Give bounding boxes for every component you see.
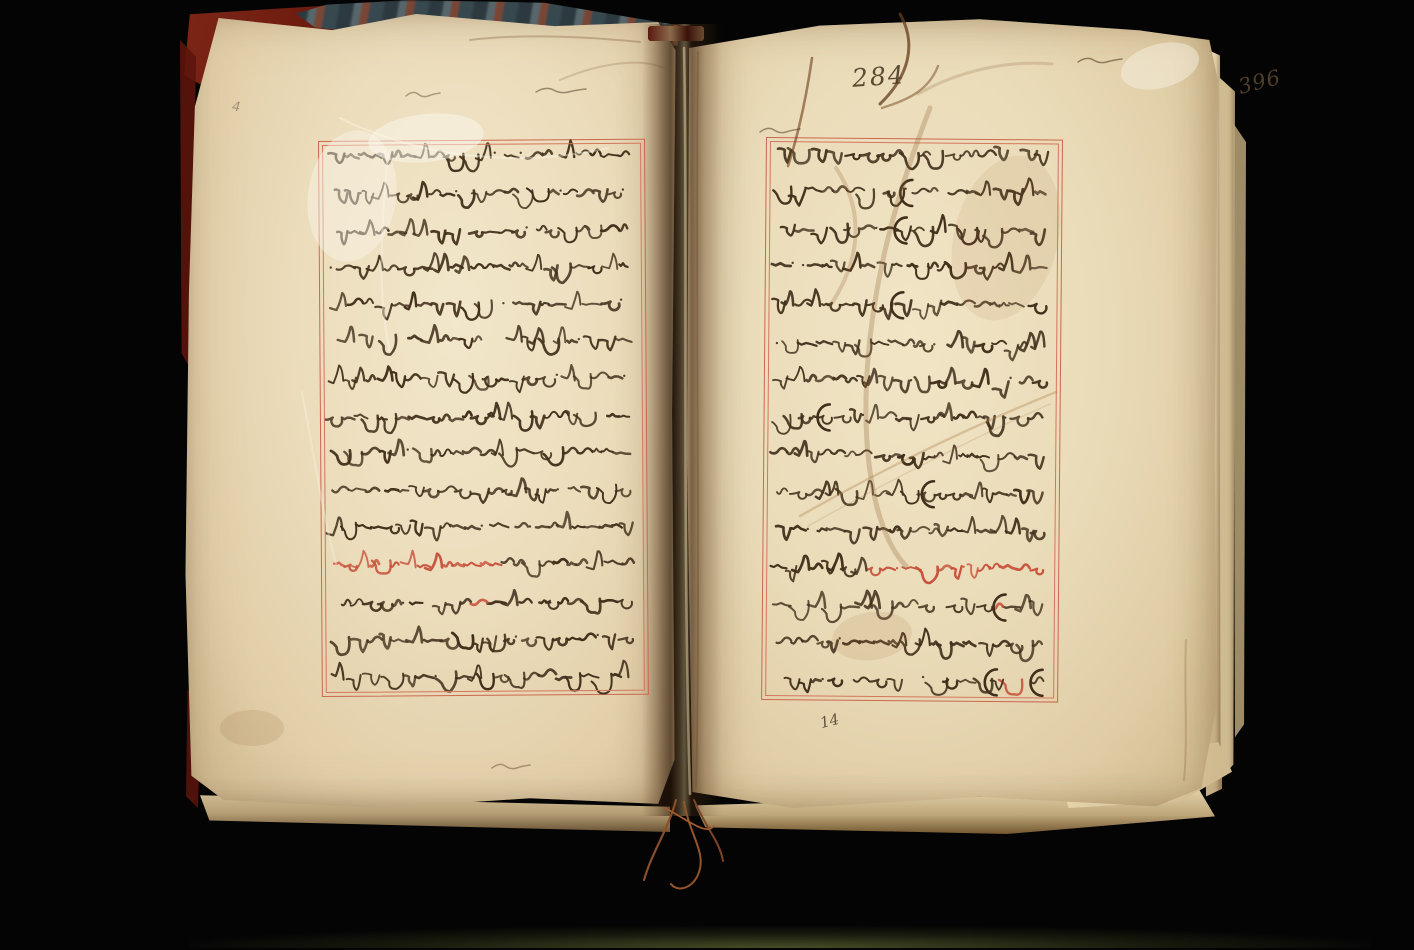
handwriting-stroke — [865, 591, 880, 608]
crescent-glyph — [985, 669, 997, 695]
handwriting-stroke — [465, 526, 480, 529]
handwriting-stroke — [476, 674, 493, 690]
handwriting-stroke — [807, 451, 818, 462]
handwriting-stroke — [987, 417, 1004, 436]
handwriting-stroke — [1008, 189, 1023, 204]
handwriting-stroke — [970, 151, 979, 157]
handwriting-stroke — [584, 336, 599, 349]
handwriting-stroke — [499, 448, 517, 467]
handwriting-stroke — [857, 376, 870, 387]
handwriting-stroke — [609, 376, 623, 378]
handwriting-stroke — [537, 226, 547, 231]
handwriting-stroke — [415, 675, 433, 678]
handwriting-stroke — [928, 301, 941, 316]
handwriting-stroke — [999, 679, 1022, 694]
handwriting-stroke — [360, 220, 375, 235]
handwriting-stroke — [504, 639, 514, 644]
handwriting-stroke — [362, 448, 380, 454]
handwriting-stroke — [875, 491, 890, 496]
handwriting-stroke — [877, 154, 890, 161]
handwriting-stroke — [853, 300, 866, 315]
handwriting-stroke — [1033, 381, 1047, 388]
handwriting-stroke — [572, 526, 584, 528]
handwriting-stroke — [443, 155, 454, 161]
handwriting-stroke — [372, 560, 391, 573]
handwriting-stroke — [1021, 150, 1037, 160]
handwriting-stroke — [366, 256, 382, 271]
handwriting-stroke — [831, 261, 845, 272]
handwriting-stroke — [526, 152, 543, 158]
handwriting-stroke — [506, 326, 521, 342]
handwriting-stroke — [392, 151, 401, 157]
handwriting-stroke — [557, 512, 570, 528]
handwriting-stroke — [938, 264, 949, 271]
handwriting-stroke — [459, 339, 472, 349]
handwriting-stroke — [400, 551, 415, 568]
handwriting-stroke — [502, 490, 511, 495]
handwriting-stroke — [546, 489, 556, 492]
handwriting-stroke — [993, 641, 1010, 646]
handwriting-stroke — [902, 567, 921, 570]
handwriting-stroke — [371, 527, 387, 529]
handwriting-stroke — [329, 365, 344, 383]
handwriting-stroke — [352, 639, 368, 652]
handwriting-stroke — [856, 450, 872, 455]
handwriting-stroke — [499, 403, 512, 420]
handwriting-stroke — [1033, 641, 1042, 646]
handwriting-stroke — [527, 188, 549, 201]
handwriting-stroke — [859, 225, 874, 229]
handwriting-stroke — [505, 673, 525, 688]
handwriting-stroke — [619, 638, 633, 643]
handwriting-stroke — [946, 154, 961, 160]
handwriting-stroke — [911, 527, 930, 532]
handwriting-stroke — [977, 605, 993, 612]
handwriting-stroke — [1017, 564, 1029, 569]
handwriting-stroke — [383, 674, 403, 689]
handwriting-stroke — [494, 675, 509, 682]
handwriting-stroke — [579, 634, 595, 640]
handwriting-stroke — [406, 627, 422, 643]
handwriting-stroke — [413, 448, 432, 462]
handwriting-stroke — [331, 637, 350, 655]
handwriting-stroke — [601, 449, 612, 452]
handwriting-stroke — [486, 190, 505, 195]
handwriting-stroke — [440, 639, 458, 649]
handwriting-stroke — [561, 365, 574, 380]
handwriting-stroke — [463, 412, 472, 417]
handwriting-stroke — [390, 193, 408, 202]
handwriting-stroke — [409, 416, 425, 419]
crescent-glyph — [1030, 670, 1042, 696]
handwriting-stroke — [380, 634, 391, 649]
handwriting-stroke — [342, 417, 355, 419]
ink-dot — [875, 227, 877, 229]
handwriting-stroke — [787, 448, 799, 454]
handwriting-stroke — [844, 529, 859, 543]
handwriting-stroke — [432, 231, 446, 244]
handwriting-stroke — [992, 341, 1006, 345]
handwriting-stroke — [401, 154, 416, 156]
handwriting-stroke — [378, 418, 387, 419]
handwriting-stroke — [1031, 332, 1044, 349]
ink-dot — [481, 524, 483, 526]
ink-dot — [380, 676, 382, 678]
handwriting-stroke — [539, 600, 550, 603]
handwriting-stroke — [602, 254, 617, 270]
handwriting-stroke — [409, 486, 424, 496]
handwriting-stroke — [991, 679, 1004, 689]
handwriting-stroke — [879, 376, 893, 390]
handwriting-stroke — [446, 154, 464, 171]
ink-dot — [578, 338, 580, 340]
handwriting-stroke — [515, 523, 528, 527]
handwriting-stroke — [828, 554, 843, 571]
handwriting-stroke — [983, 488, 993, 502]
handwriting-stroke — [536, 637, 553, 650]
crescent-glyph — [817, 404, 829, 430]
handwriting-stroke — [770, 565, 786, 568]
handwriting-stroke — [481, 450, 496, 455]
handwriting-stroke — [472, 336, 481, 341]
handwriting-stroke — [993, 492, 1007, 494]
handwriting-stroke — [888, 188, 905, 206]
handwriting-stroke — [425, 554, 442, 570]
handwriting-stroke — [826, 482, 839, 496]
handwriting-stroke — [390, 562, 398, 566]
handwriting-stroke — [1016, 641, 1033, 661]
handwriting-stroke — [440, 335, 448, 340]
ink-dot — [622, 188, 624, 190]
handwriting-stroke — [967, 564, 978, 578]
ink-dot — [791, 262, 793, 264]
handwriting-stroke — [977, 530, 995, 533]
ink-dot — [407, 448, 409, 450]
handwriting-stroke — [1015, 595, 1030, 611]
handwriting-stroke — [908, 264, 917, 266]
handwriting-stroke — [792, 556, 809, 572]
ink-dot — [962, 565, 964, 567]
handwriting-stroke — [574, 413, 596, 426]
handwriting-stroke — [833, 186, 847, 192]
ink-dot — [434, 675, 436, 677]
handwriting-stroke — [913, 304, 929, 319]
handwriting-stroke — [945, 262, 966, 278]
handwriting-stroke — [408, 336, 421, 341]
handwriting-stroke — [405, 374, 421, 380]
handwriting-stroke — [817, 642, 828, 648]
handwriting-stroke — [954, 415, 964, 419]
ink-dot — [597, 634, 599, 636]
handwriting-stroke — [957, 228, 977, 245]
handwriting-stroke — [1015, 456, 1027, 459]
handwriting-stroke — [772, 299, 785, 313]
handwriting-stroke — [822, 561, 835, 574]
handwriting-stroke — [894, 380, 909, 392]
handwriting-stroke — [1031, 569, 1044, 575]
handwriting-stroke — [978, 565, 990, 571]
handwriting-stroke — [612, 524, 622, 527]
handwriting-stroke — [806, 375, 816, 381]
handwriting-stroke — [887, 679, 902, 691]
handwriting-stroke — [919, 605, 934, 612]
handwriting-stroke — [974, 679, 993, 693]
handwriting-stroke — [332, 663, 344, 680]
handwriting-stroke — [378, 602, 393, 611]
handwriting-stroke — [396, 417, 409, 419]
handwriting-stroke — [1007, 494, 1016, 496]
handwriting-stroke — [799, 679, 811, 692]
ink-dot — [529, 525, 531, 527]
handwriting-stroke — [601, 154, 618, 157]
fore-edge-page-stack — [1233, 110, 1246, 750]
handwriting-stroke — [622, 559, 633, 565]
handwriting-stroke — [822, 604, 841, 622]
handwriting-stroke — [860, 153, 878, 162]
handwriting-stroke — [1028, 413, 1042, 419]
handwriting-stroke — [439, 415, 449, 421]
handwriting-stroke — [795, 229, 814, 232]
handwriting-stroke — [433, 603, 446, 615]
handwriting-stroke — [964, 641, 976, 646]
ink-dot — [896, 567, 898, 569]
ink-dot — [802, 264, 804, 266]
handwriting-stroke — [1019, 229, 1033, 232]
handwriting-stroke — [514, 411, 533, 430]
handwriting-stroke — [385, 489, 398, 491]
handwriting-stroke — [845, 451, 856, 456]
handwriting-stroke — [407, 194, 418, 200]
handwriting-stroke — [546, 601, 559, 609]
handwriting-stroke — [846, 340, 860, 354]
handwriting-stroke — [967, 266, 984, 274]
handwriting-stroke — [344, 378, 356, 390]
handwriting-stroke — [371, 183, 388, 199]
handwriting-stroke — [1029, 601, 1042, 615]
handwriting-stroke — [1029, 455, 1044, 469]
handwriting-stroke — [770, 448, 787, 453]
handwriting-stroke — [482, 232, 499, 233]
handwriting-stroke — [576, 559, 587, 564]
handwriting-stroke — [363, 299, 373, 304]
handwriting-stroke — [620, 522, 633, 535]
handwriting-stroke — [790, 492, 807, 499]
handwriting-stroke — [577, 448, 592, 453]
handwriting-stroke — [473, 639, 483, 652]
handwriting-stroke — [427, 417, 440, 422]
handwriting-stroke — [812, 149, 827, 162]
handwriting-stroke — [851, 558, 866, 574]
handwriting-stroke — [827, 303, 840, 311]
handwriting-stroke — [450, 525, 465, 529]
handwriting-stroke — [398, 490, 408, 492]
handwriting-stroke — [807, 289, 820, 305]
handwriting-stroke — [993, 263, 1004, 268]
handwriting-stroke — [494, 265, 510, 270]
handwriting-stroke — [424, 640, 442, 642]
handwriting-stroke — [603, 634, 615, 649]
crescent-glyph — [891, 292, 903, 318]
ink-dot — [520, 152, 522, 154]
handwriting-stroke — [601, 302, 619, 311]
handwriting-stroke — [588, 266, 601, 273]
handwriting-stroke — [844, 228, 859, 237]
handwriting-stroke — [576, 226, 589, 231]
handwriting-stroke — [864, 369, 877, 385]
ink-dot — [838, 637, 840, 639]
handwriting-stroke — [896, 418, 910, 421]
handwriting-stroke — [411, 521, 423, 536]
handwriting-stroke — [607, 414, 618, 417]
handwriting-stroke — [534, 451, 551, 459]
handwriting-stroke — [928, 263, 938, 268]
handwriting-stroke — [1031, 531, 1045, 539]
handwriting-stroke — [786, 566, 797, 581]
handwriting-stroke — [888, 340, 903, 344]
handwriting-stroke — [418, 303, 431, 306]
handwriting-stroke — [773, 186, 791, 203]
handwriting-stroke — [569, 487, 581, 492]
handwriting-stroke — [795, 300, 812, 306]
handwriting-stroke — [451, 451, 463, 454]
handwriting-stroke — [608, 192, 621, 198]
handwriting-stroke — [544, 412, 558, 418]
handwriting-stroke — [880, 227, 898, 229]
handwriting-stroke — [366, 488, 379, 492]
handwriting-stroke — [772, 415, 791, 434]
ink-dot — [455, 190, 457, 192]
handwriting-stroke — [990, 564, 1000, 569]
handwriting-stroke — [490, 523, 508, 527]
handwriting-stroke — [845, 154, 859, 159]
handwriting-stroke — [370, 560, 379, 566]
handwriting-stroke — [831, 450, 845, 454]
handwriting-stroke — [471, 489, 489, 503]
handwriting-stroke — [518, 263, 528, 267]
handwriting-stroke — [964, 412, 976, 418]
handwriting-stroke — [512, 230, 525, 237]
handwriting-stroke — [325, 417, 342, 426]
handwriting-stroke — [898, 455, 913, 464]
handwriting-stroke — [536, 377, 555, 387]
handwriting-stroke — [1018, 342, 1027, 348]
handwriting-stroke — [898, 528, 911, 539]
handwriting-stroke — [615, 338, 631, 342]
handwriting-stroke — [866, 567, 880, 575]
handwriting-stroke — [568, 599, 583, 604]
handwriting-stroke — [535, 489, 546, 503]
handwriting-stroke — [1003, 607, 1021, 608]
ink-dot — [807, 528, 809, 530]
handwriting-stroke — [799, 416, 810, 423]
handwriting-stroke — [422, 376, 438, 387]
handwriting-stroke — [884, 192, 895, 197]
handwriting-stroke — [940, 403, 952, 420]
handwriting-stroke — [525, 488, 538, 500]
handwriting-stroke — [522, 337, 535, 351]
handwriting-stroke — [363, 673, 380, 684]
handwriting-stroke — [564, 189, 577, 194]
handwriting-stroke — [903, 340, 914, 346]
handwriting-stroke — [441, 523, 451, 528]
handwriting-stroke — [959, 454, 967, 457]
handwriting-stroke — [436, 672, 457, 692]
handwriting-stroke — [440, 449, 451, 456]
ink-dot — [1004, 416, 1006, 418]
handwriting-stroke — [458, 191, 474, 208]
handwriting-stroke — [450, 265, 462, 268]
handwriting-stroke — [347, 675, 361, 690]
handwriting-stroke — [505, 189, 518, 193]
handwriting-stroke — [619, 224, 628, 231]
handwriting-stroke — [863, 527, 877, 540]
handwriting-stroke — [348, 299, 363, 305]
handwriting-stroke — [866, 303, 883, 312]
handwriting-stroke — [914, 227, 933, 246]
handwriting-stroke — [543, 150, 552, 154]
handwriting-stroke — [819, 449, 832, 454]
handwriting-stroke — [450, 419, 464, 421]
handwriting-stroke — [528, 302, 541, 314]
handwriting-stroke — [999, 303, 1008, 306]
handwriting-stroke — [782, 291, 794, 305]
handwriting-stroke — [1002, 228, 1020, 232]
handwriting-stroke — [490, 563, 501, 565]
handwriting-stroke — [359, 153, 371, 157]
handwriting-stroke — [351, 599, 363, 606]
ink-dot — [910, 379, 912, 381]
handwriting-stroke — [581, 599, 600, 614]
handwriting-stroke — [822, 304, 831, 305]
handwriting-stroke — [901, 491, 919, 504]
handwriting-stroke — [554, 327, 566, 343]
handwriting-stroke — [585, 225, 602, 238]
handwriting-stroke — [539, 561, 553, 566]
handwriting-stroke — [604, 560, 622, 564]
handwriting-stroke — [890, 150, 903, 156]
handwriting-stroke — [554, 559, 568, 563]
handwriting-stroke — [916, 567, 938, 583]
handwriting-stroke — [438, 486, 457, 492]
handwriting-stroke — [1031, 677, 1043, 683]
handwriting-stroke — [577, 189, 593, 196]
handwriting-stroke — [619, 416, 630, 417]
handwriting-stroke — [911, 227, 924, 231]
binding-gutter — [642, 24, 722, 816]
left-page-handwriting — [319, 140, 648, 696]
handwriting-stroke — [522, 561, 540, 577]
handwriting-stroke — [469, 376, 488, 390]
handwriting-stroke — [957, 300, 975, 305]
handwriting-stroke — [423, 489, 438, 497]
handwriting-stroke — [811, 679, 821, 682]
handwriting-stroke — [616, 489, 631, 496]
handwriting-stroke — [425, 526, 441, 540]
handwriting-stroke — [943, 445, 957, 463]
handwriting-stroke — [937, 642, 952, 658]
handwriting-stroke — [1020, 333, 1035, 351]
handwriting-stroke — [594, 189, 608, 201]
handwriting-stroke — [827, 151, 842, 163]
handwriting-stroke — [536, 526, 549, 527]
handwriting-stroke — [963, 337, 975, 352]
handwriting-stroke — [338, 327, 354, 342]
handwriting-stroke — [816, 482, 830, 499]
handwriting-stroke — [344, 154, 358, 158]
handwriting-stroke — [544, 447, 564, 465]
handwriting-stroke — [817, 341, 833, 344]
handwriting-stroke — [917, 492, 934, 501]
